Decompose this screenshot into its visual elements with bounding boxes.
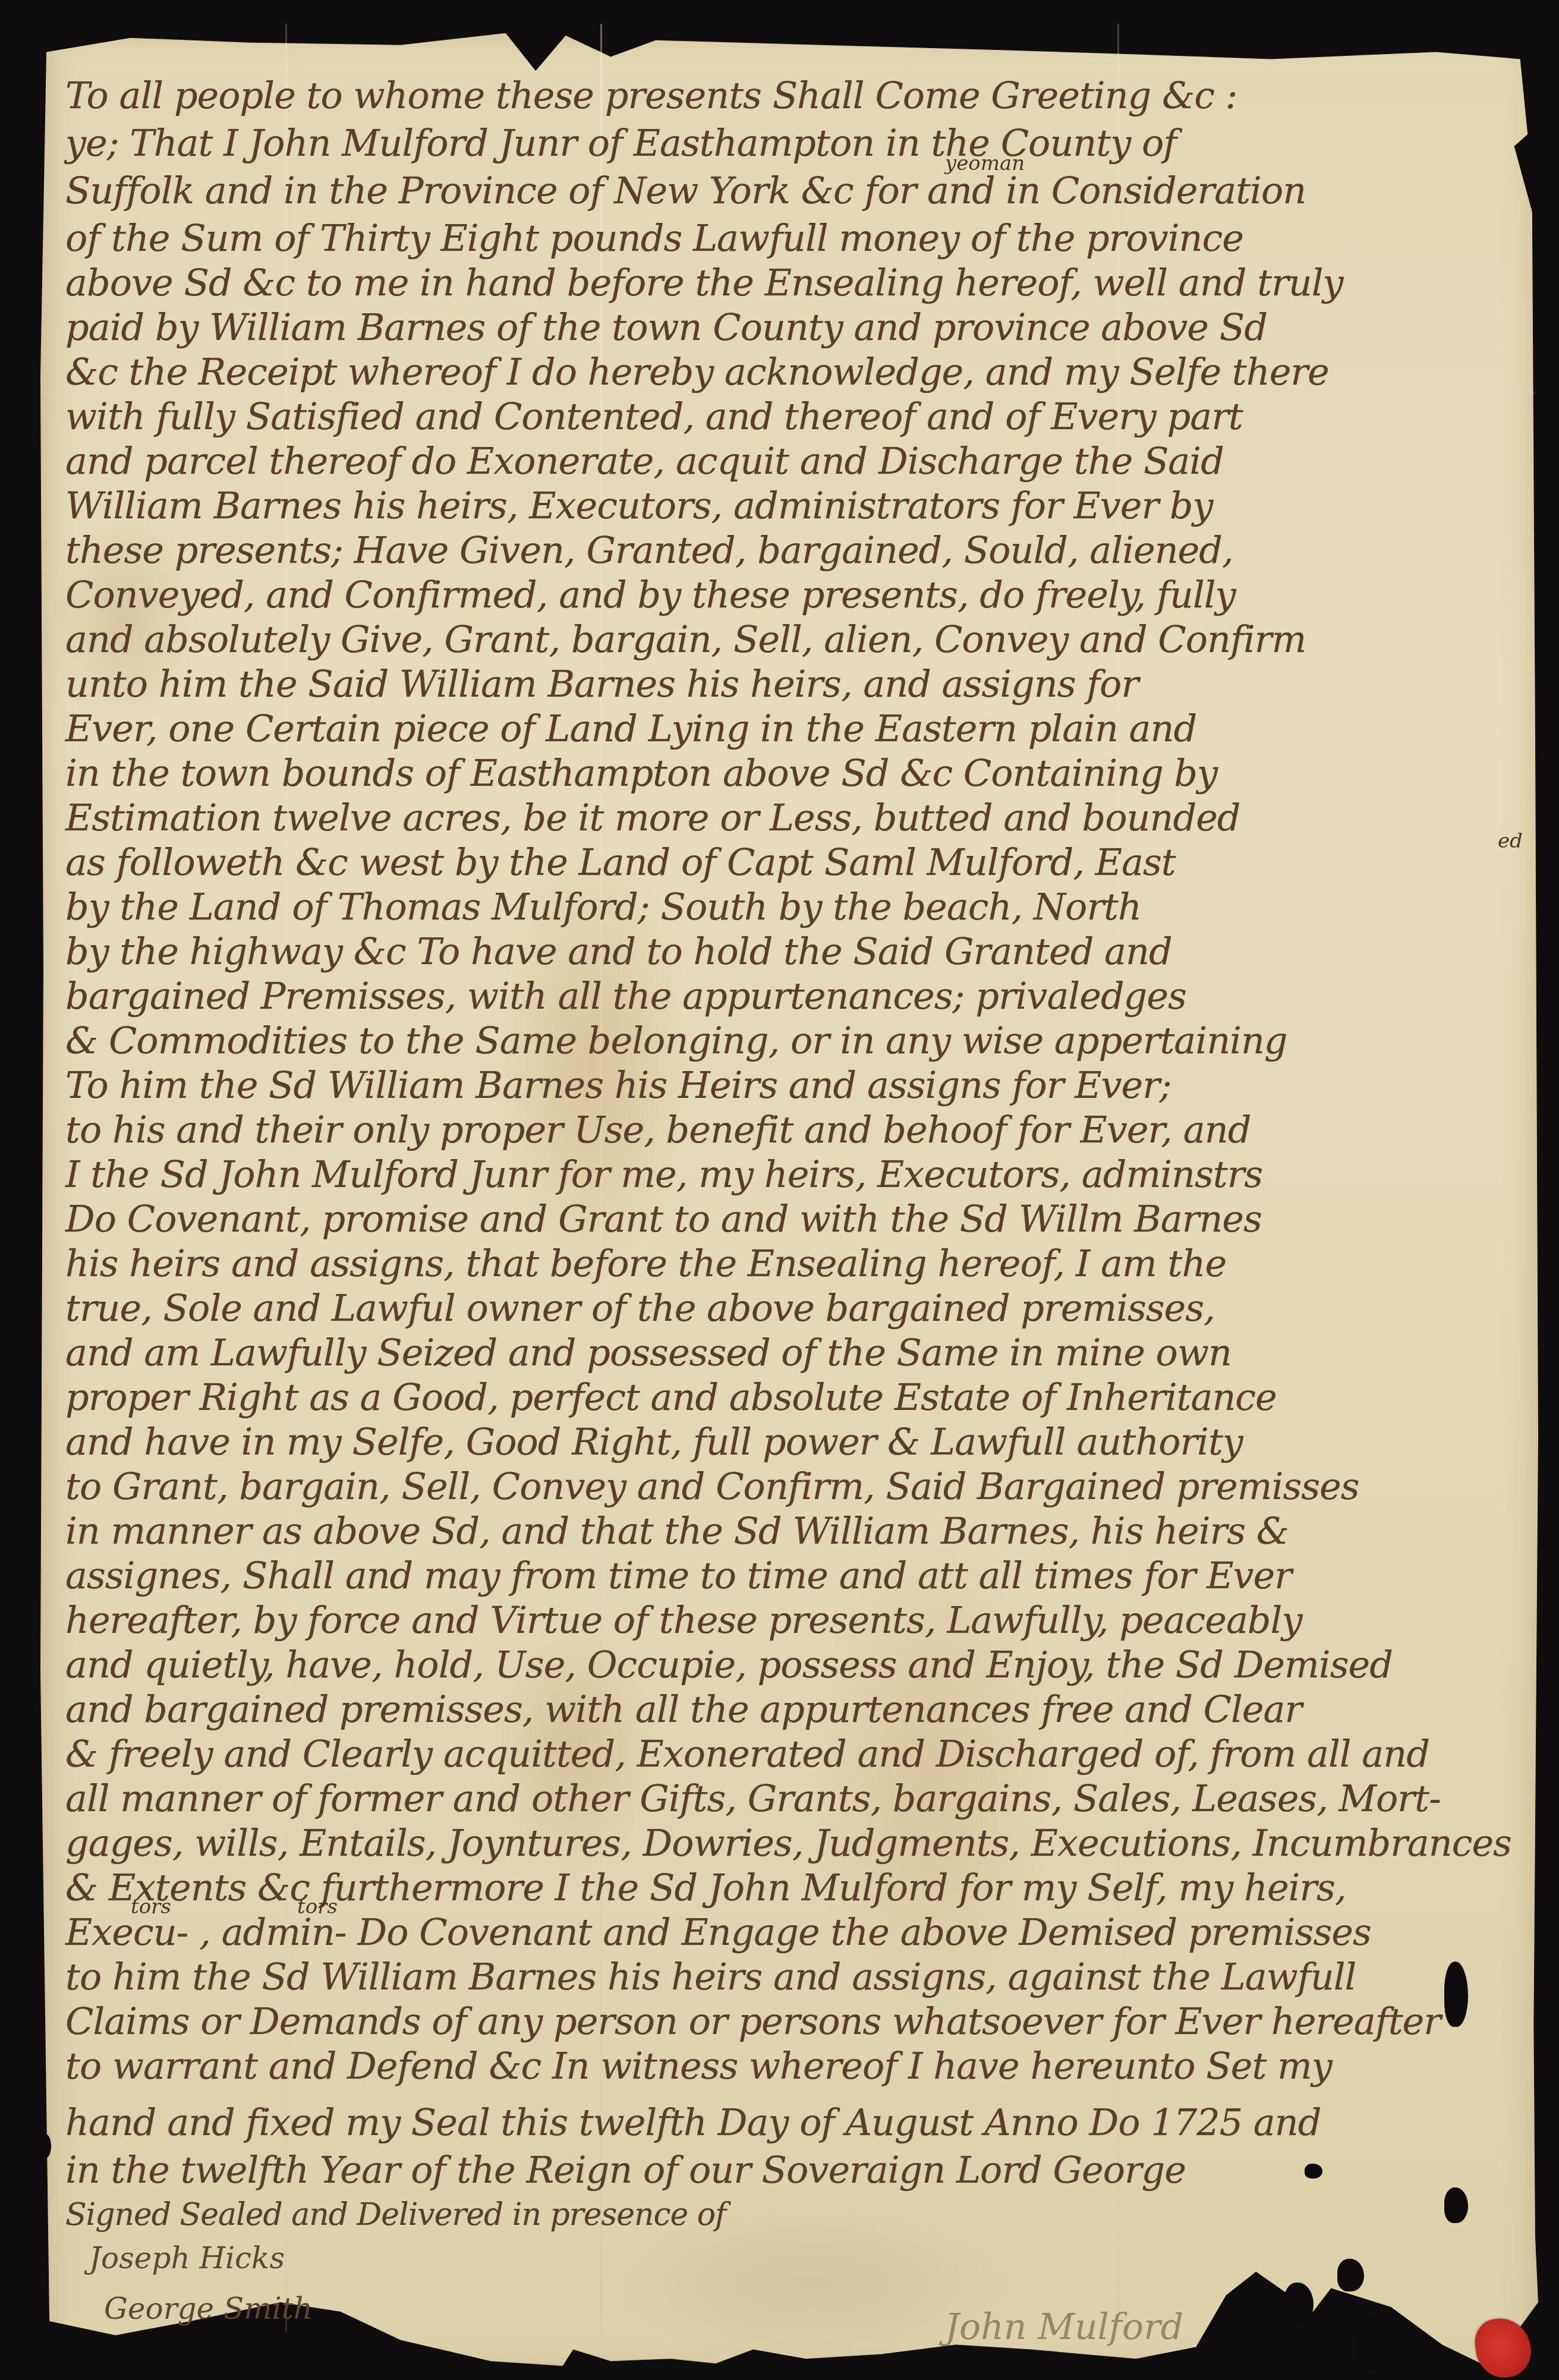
- paper-damage-hole: [1444, 2187, 1468, 2223]
- paper-damage-hole: [1305, 2164, 1322, 2178]
- deed-line: Claims or Demands of any person or perso…: [65, 2003, 1527, 2040]
- deed-line: & Extents &c furthermore I the Sd John M…: [65, 1869, 1527, 1906]
- deed-line: &c the Receipt whereof I do hereby ackno…: [65, 354, 1527, 391]
- deed-line: to warrant and Defend &c In witness wher…: [65, 2048, 1527, 2085]
- deed-line: and absolutely Give, Grant, bargain, Sel…: [65, 621, 1527, 658]
- deed-line: I the Sd John Mulford Junr for me, my he…: [65, 1156, 1527, 1193]
- deed-line: to him the Sd William Barnes his heirs a…: [65, 1959, 1527, 1995]
- deed-line: to his and their only proper Use, benefi…: [65, 1112, 1527, 1148]
- deed-line: and bargained premisses, with all the ap…: [65, 1691, 1527, 1728]
- deed-line: ye; That I John Mulford Junr of Easthamp…: [65, 125, 1527, 162]
- deed-line: gages, wills, Entails, Joyntures, Dowrie…: [65, 1825, 1527, 1862]
- deed-line: Estimation twelve acres, be it more or L…: [65, 799, 1527, 836]
- deed-line: paid by William Barnes of the town Count…: [65, 309, 1527, 346]
- paper-damage-hole: [1337, 2259, 1364, 2291]
- grantor-signature: John Mulford: [945, 2306, 1183, 2348]
- deed-line: Execu- , admin- Do Covenant and Engage t…: [65, 1914, 1527, 1951]
- deed-line: true, Sole and Lawful owner of the above…: [65, 1290, 1527, 1327]
- deed-line: and quietly, have, hold, Use, Occupie, p…: [65, 1647, 1527, 1683]
- deed-line: & Commodities to the Same belonging, or …: [65, 1022, 1527, 1059]
- deed-line: all manner of former and other Gifts, Gr…: [65, 1780, 1527, 1817]
- deed-line: hand and fixed my Seal this twelfth Day …: [65, 2104, 1527, 2141]
- deed-text: To all people to whome these presents Sh…: [0, 0, 1559, 2380]
- deed-line: bargained Premisses, with all the appurt…: [65, 978, 1527, 1015]
- deed-line: and am Lawfully Seized and possessed of …: [65, 1334, 1527, 1371]
- deed-line: Suffolk and in the Province of New York …: [65, 172, 1527, 209]
- deed-line: in manner as above Sd, and that the Sd W…: [65, 1513, 1527, 1550]
- deed-line: in the town bounds of Easthampton above …: [65, 755, 1527, 792]
- deed-line: proper Right as a Good, perfect and abso…: [65, 1379, 1527, 1416]
- attestation-line: Signed Sealed and Delivered in presence …: [65, 2199, 1527, 2230]
- deed-line: Conveyed, and Confirmed, and by these pr…: [65, 577, 1527, 613]
- interlinear-insertion: tors: [297, 1895, 338, 1919]
- deed-line: unto him the Said William Barnes his hei…: [65, 666, 1527, 703]
- deed-line: with fully Satisfied and Contented, and …: [65, 398, 1527, 435]
- deed-line: Ever, one Certain piece of Land Lying in…: [65, 710, 1527, 747]
- deed-line: To him the Sd William Barnes his Heirs a…: [65, 1067, 1527, 1104]
- deed-line: To all people to whome these presents Sh…: [65, 77, 1527, 114]
- deed-line: these presents; Have Given, Granted, bar…: [65, 532, 1527, 569]
- deed-line: William Barnes his heirs, Executors, adm…: [65, 487, 1527, 524]
- deed-line: by the Land of Thomas Mulford; South by …: [65, 889, 1527, 925]
- deed-line: to Grant, bargain, Sell, Convey and Conf…: [65, 1468, 1527, 1505]
- deed-line: assignes, Shall and may from time to tim…: [65, 1557, 1527, 1594]
- paper-damage-hole: [1355, 2315, 1394, 2369]
- deed-line: his heirs and assigns, that before the E…: [65, 1245, 1527, 1282]
- interlinear-insertion: tors: [131, 1895, 171, 1919]
- interlinear-insertion: yeoman: [945, 152, 1025, 175]
- deed-line: of the Sum of Thirty Eight pounds Lawful…: [65, 220, 1527, 257]
- deed-line: as followeth &c west by the Land of Capt…: [65, 844, 1527, 881]
- paper-damage-hole: [1444, 1962, 1468, 2027]
- deed-line: and parcel thereof do Exonerate, acquit …: [65, 443, 1527, 480]
- deed-line: and have in my Selfe, Good Right, full p…: [65, 1424, 1527, 1460]
- witness-name: Joseph Hicks: [89, 2241, 285, 2275]
- witness-name: George Smith: [104, 2291, 313, 2326]
- deed-line: & freely and Clearly acquitted, Exonerat…: [65, 1736, 1527, 1773]
- interlinear-insertion: ed: [1498, 829, 1523, 853]
- paper-damage-hole: [1284, 2283, 1314, 2324]
- paper-damage-hole: [40, 2134, 51, 2158]
- deed-line: Do Covenant, promise and Grant to and wi…: [65, 1201, 1527, 1238]
- deed-line: above Sd &c to me in hand before the Ens…: [65, 265, 1527, 301]
- deed-line: hereafter, by force and Virtue of these …: [65, 1602, 1527, 1639]
- deed-line: by the highway &c To have and to hold th…: [65, 933, 1527, 970]
